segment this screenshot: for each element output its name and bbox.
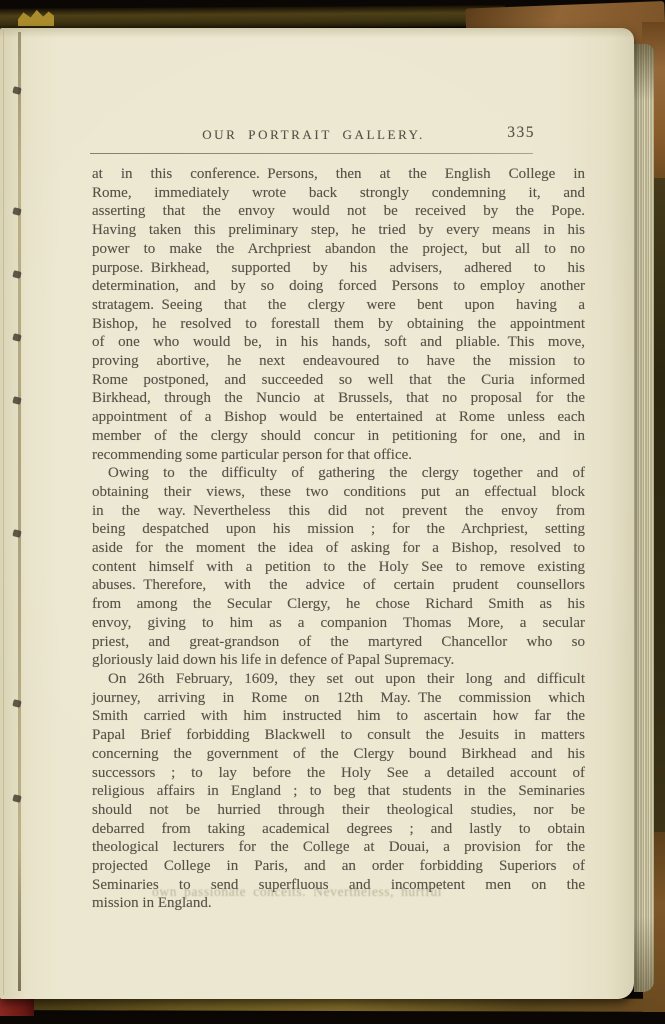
text-line: concerning the government of the Clergy … xyxy=(92,745,585,764)
page-number: 335 xyxy=(507,124,535,142)
text-line: recommending some particular person for … xyxy=(92,446,585,465)
text-line: content himself with a petition to the H… xyxy=(92,558,585,577)
binding-gutter xyxy=(18,32,21,991)
text-line: Bishop, he resolved to forestall them by… xyxy=(92,315,585,334)
text-line: Birkhead, through the Nuncio at Brussels… xyxy=(92,389,585,408)
text-line: asserting that the envoy would not be re… xyxy=(92,202,585,221)
text-line: Having taken this preliminary step, he t… xyxy=(92,221,585,240)
text-line: member of the clergy should concur in pe… xyxy=(92,427,585,446)
stitch-mark xyxy=(12,270,21,279)
stitch-mark xyxy=(12,207,21,216)
text-line: obtaining their views, these two conditi… xyxy=(92,483,585,502)
text-line: at in this conference. Persons, then at … xyxy=(92,165,585,184)
spine-fragment-red xyxy=(0,997,34,1016)
text-line: Papal Brief forbidding Blackwell to cons… xyxy=(92,726,585,745)
text-line: journey, arriving in Rome on 12th May. T… xyxy=(92,689,585,708)
text-line: proving abortive, he next endeavoured to… xyxy=(92,352,585,371)
book-cover-bottom-edge xyxy=(28,997,657,1012)
running-header-title: OUR PORTRAIT GALLERY. xyxy=(92,124,535,143)
stitch-mark xyxy=(12,396,21,405)
stitch-mark xyxy=(12,699,21,708)
text-line: of one who would be, in his hands, soft … xyxy=(92,333,585,352)
text-line: envoy, giving to him as a companion Thom… xyxy=(92,614,585,633)
text-line: theological lecturers for the College at… xyxy=(92,838,585,857)
text-line: projected College in Paris, and an order… xyxy=(92,857,585,876)
stitch-mark xyxy=(12,86,21,95)
text-line: power to make the Archpriest abandon the… xyxy=(92,240,585,259)
page-fore-edge-stack xyxy=(634,44,654,992)
text-line: appointment of a Bishop would be enterta… xyxy=(92,408,585,427)
stitch-mark xyxy=(12,333,21,342)
text-line: in the way. Nevertheless this did not pr… xyxy=(92,502,585,521)
page-body-text: at in this conference. Persons, then at … xyxy=(92,165,585,913)
text-line: gloriously laid down his life in defence… xyxy=(92,651,585,670)
text-line: successors ; to lay before the Holy See … xyxy=(92,764,585,783)
text-line: religious affairs in England ; to beg th… xyxy=(92,782,585,801)
text-line: Rome, immediately wrote back strongly co… xyxy=(92,184,585,203)
text-line: debarred from taking academical degrees … xyxy=(92,820,585,839)
text-line: abuses. Therefore, with the advice of ce… xyxy=(92,576,585,595)
text-line: stratagem. Seeing that the clergy were b… xyxy=(92,296,585,315)
text-line: should not be hurried through their theo… xyxy=(92,801,585,820)
text-line: Owing to the difficulty of gathering the… xyxy=(92,464,585,483)
stitch-mark xyxy=(12,794,21,803)
running-head: OUR PORTRAIT GALLERY. 335 xyxy=(92,124,535,144)
show-through-text: own passionate conceits. Nevertheless, h… xyxy=(152,884,442,900)
header-rule xyxy=(90,153,533,154)
stitch-mark xyxy=(12,529,21,538)
page-edge-line xyxy=(3,30,4,995)
text-line: aside for the moment the idea of asking … xyxy=(92,539,585,558)
book-photo: OUR PORTRAIT GALLERY. 335 at in this con… xyxy=(0,0,665,1024)
text-line: from among the Secular Clergy, he chose … xyxy=(92,595,585,614)
text-line: Rome postponed, and succeeded so well th… xyxy=(92,371,585,390)
paragraph: at in this conference. Persons, then at … xyxy=(92,165,585,464)
text-line: On 26th February, 1609, they set out upo… xyxy=(92,670,585,689)
text-line: priest, and great-grandson of the martyr… xyxy=(92,633,585,652)
paragraph: On 26th February, 1609, they set out upo… xyxy=(92,670,585,913)
text-line: being despatched upon his mission ; for … xyxy=(92,520,585,539)
text-line: purpose. Birkhead, supported by his advi… xyxy=(92,259,585,278)
book-page: OUR PORTRAIT GALLERY. 335 at in this con… xyxy=(0,28,634,999)
paragraph: Owing to the difficulty of gathering the… xyxy=(92,464,585,670)
text-line: determination, and by so doing forced Pe… xyxy=(92,277,585,296)
text-line: Smith carried with him instructed him to… xyxy=(92,707,585,726)
book-cover-top-edge xyxy=(0,5,505,30)
